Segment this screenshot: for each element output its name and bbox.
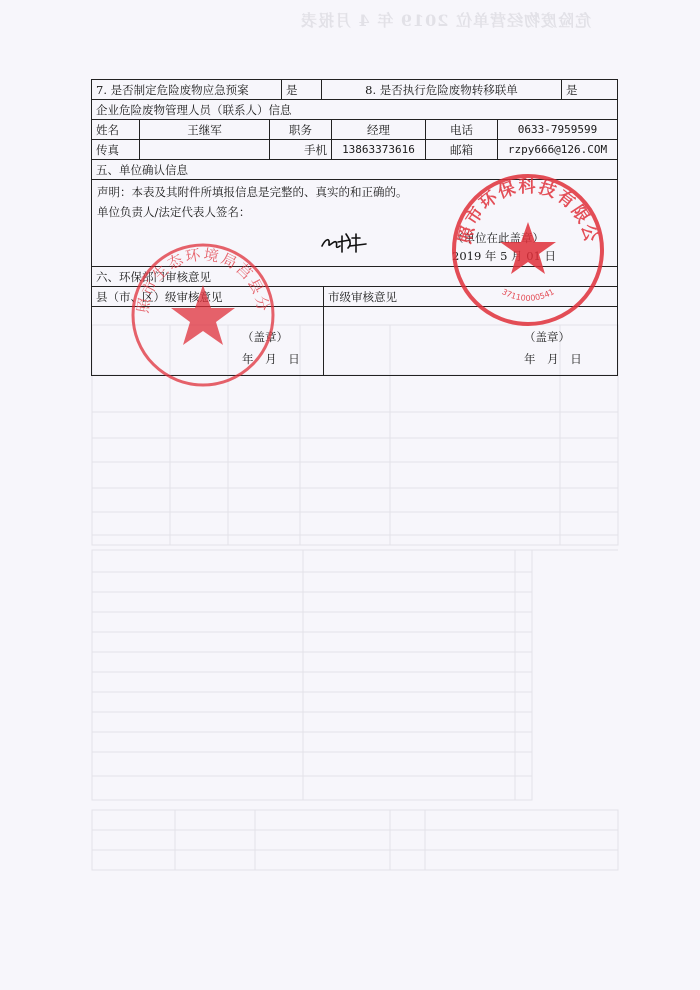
section6-title: 六、环保部门审核意见 xyxy=(92,267,617,286)
declaration-block: 声明：本表及其附件所填报信息是完整的、真实的和正确的。 单位负责人/法定代表人签… xyxy=(91,180,618,267)
section5-header-row: 五、单位确认信息 xyxy=(91,160,618,180)
county-review-box: （盖章） 年 月 日 xyxy=(92,307,324,375)
reverse-side-title: 危险废物经营单位 2019 年 4 月报表 xyxy=(300,8,591,31)
signature-label: 单位负责人/法定代表人签名： xyxy=(97,204,250,220)
declaration-date: 2019 年 5 月 01 日 xyxy=(452,248,556,264)
review-opinions: （盖章） 年 月 日 （盖章） 年 月 日 xyxy=(91,307,618,376)
county-date-label: 年 月 日 xyxy=(242,351,304,367)
contact-section-row: 企业危险废物管理人员（联系人）信息 xyxy=(91,100,618,120)
city-review-label: 市级审核意见 xyxy=(324,287,617,306)
section5-title: 五、单位确认信息 xyxy=(92,160,617,179)
q7-label: 7. 是否制定危险废物应急预案 xyxy=(92,80,282,99)
mobile-label: 手机 xyxy=(270,140,332,159)
name-label: 姓名 xyxy=(92,120,140,139)
mobile-value: 13863373616 xyxy=(332,140,426,159)
review-labels-row: 县（市、区）级审核意见 市级审核意见 xyxy=(91,287,618,307)
fax-value xyxy=(140,140,270,159)
seal-note: （单位在此盖章） xyxy=(452,230,544,246)
city-seal-label: （盖章） xyxy=(524,329,570,345)
document-page: 危险废物经营单位 2019 年 4 月报表 7. 是否制定危险废物应急预案 是 … xyxy=(0,0,700,990)
fax-label: 传真 xyxy=(92,140,140,159)
declaration-text: 声明：本表及其附件所填报信息是完整的、真实的和正确的。 xyxy=(97,184,408,200)
contact-row-2: 传真 手机 13863373616 邮箱 rzpy666@126.COM xyxy=(91,140,618,160)
email-value: rzpy666@126.COM xyxy=(498,140,617,159)
position-value: 经理 xyxy=(332,120,426,139)
county-seal-label: （盖章） xyxy=(242,329,288,345)
city-review-box: （盖章） 年 月 日 xyxy=(324,307,617,375)
q8-value: 是 xyxy=(562,80,617,99)
form-table: 7. 是否制定危险废物应急预案 是 8. 是否执行危险废物转移联单 是 企业危险… xyxy=(91,79,618,376)
phone-value: 0633-7959599 xyxy=(498,120,617,139)
email-label: 邮箱 xyxy=(426,140,498,159)
handwritten-signature xyxy=(320,230,370,254)
position-label: 职务 xyxy=(270,120,332,139)
city-date-label: 年 月 日 xyxy=(524,351,586,367)
question-row: 7. 是否制定危险废物应急预案 是 8. 是否执行危险废物转移联单 是 xyxy=(91,79,618,100)
q8-label: 8. 是否执行危险废物转移联单 xyxy=(322,80,562,99)
contact-row-1: 姓名 王继军 职务 经理 电话 0633-7959599 xyxy=(91,120,618,140)
contact-section-title: 企业危险废物管理人员（联系人）信息 xyxy=(92,100,617,119)
name-value: 王继军 xyxy=(140,120,270,139)
section6-header-row: 六、环保部门审核意见 xyxy=(91,267,618,287)
phone-label: 电话 xyxy=(426,120,498,139)
q7-value: 是 xyxy=(282,80,322,99)
county-review-label: 县（市、区）级审核意见 xyxy=(92,287,324,306)
